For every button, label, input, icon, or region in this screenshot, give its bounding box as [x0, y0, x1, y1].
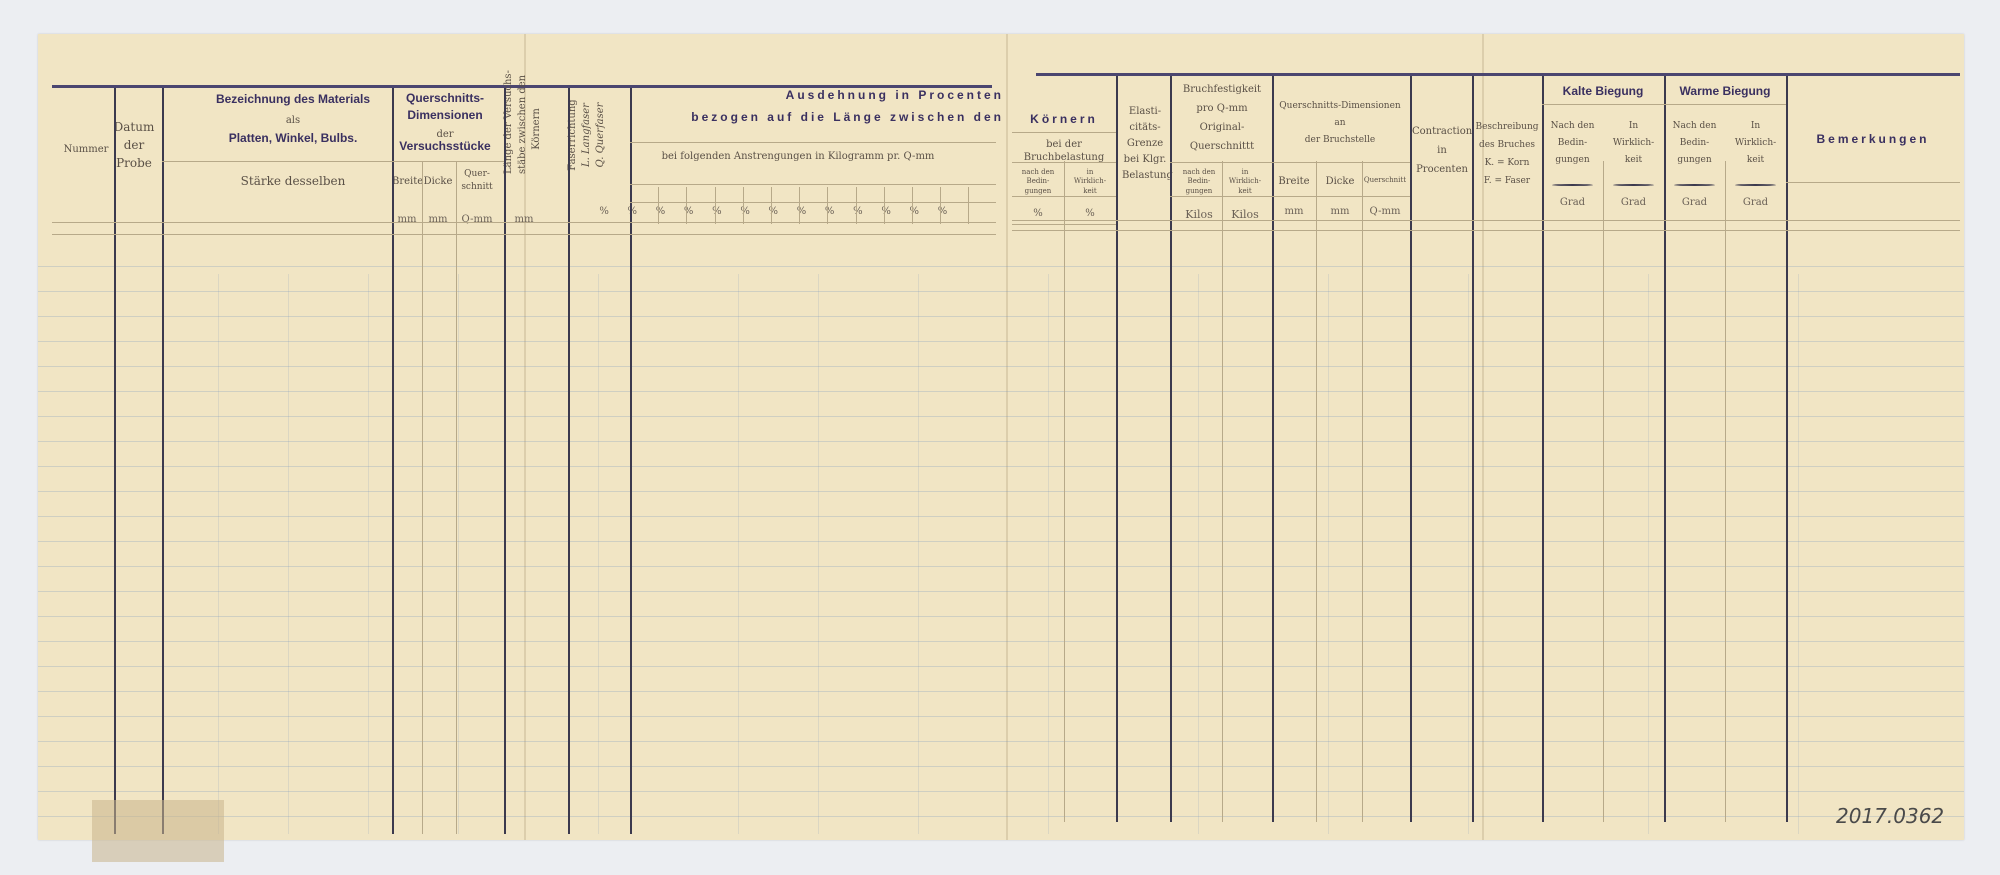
col-datum: DatumderProbe [112, 118, 156, 172]
ruled-line [1648, 274, 1649, 834]
col-qd-bruchstelle: Querschnitts-Dimensionenander Bruchstell… [1272, 98, 1408, 149]
row-rule [1012, 220, 1960, 221]
unit-percent: % [816, 206, 844, 217]
column-rule [827, 187, 828, 224]
row-rule [1272, 162, 1410, 163]
column-rule [743, 187, 744, 224]
row-rule [1542, 104, 1786, 105]
brace-swash-icon [1674, 184, 1715, 186]
brace-swash-icon [1613, 184, 1654, 186]
row-rule [630, 184, 996, 185]
ruled-line [38, 516, 1964, 517]
column-rule [799, 187, 800, 224]
row-rule [1012, 224, 1116, 225]
unit-percent: % [646, 206, 674, 217]
ruled-line [1198, 274, 1199, 834]
column-rule [1725, 161, 1726, 822]
column-rule [715, 187, 716, 224]
biegung-nach-den-bedingungen: Nach denBedin-gungen [1542, 118, 1603, 169]
ruled-line [38, 391, 1964, 392]
unit-dicke: mm [422, 214, 454, 225]
ruled-line [38, 491, 1964, 492]
ruled-line [818, 274, 819, 834]
column-rule [504, 88, 506, 834]
row-rule [162, 161, 392, 162]
unit-percent: % [618, 206, 646, 217]
column-rule [856, 187, 857, 224]
paper-stain [92, 800, 224, 862]
ruled-line [38, 541, 1964, 542]
biegung-in-wirklichkeit: InWirklich-keit [1725, 118, 1786, 169]
ruled-line [38, 291, 1964, 292]
column-rule [1603, 161, 1604, 822]
unit-percent: % [787, 206, 815, 217]
col-querschnitt: Quer-schnitt [456, 168, 498, 193]
row-rule [1272, 196, 1410, 197]
column-rule [968, 187, 969, 224]
koernern-in: inWirklich-keit [1064, 168, 1116, 196]
col-staerke: Stärke desselben [160, 172, 426, 190]
column-rule [1116, 76, 1118, 822]
center-fold [1006, 34, 1008, 840]
ruled-line [38, 666, 1964, 667]
ruled-line [368, 274, 369, 834]
row-rule [1012, 196, 1116, 197]
column-rule [1472, 76, 1474, 822]
column-rule [568, 88, 570, 834]
column-rule [162, 88, 164, 834]
column-rule [456, 161, 457, 834]
column-rule [912, 187, 913, 224]
unit-percent: % [759, 206, 787, 217]
anstrengungen-label: bei folgenden Anstrengungen in Kilogramm… [598, 149, 998, 164]
ruled-line [38, 616, 1964, 617]
unit-koernern-nach: % [1012, 208, 1064, 219]
ruled-line [38, 691, 1964, 692]
unit-qd-dicke: mm [1318, 206, 1362, 217]
column-rule [1362, 161, 1363, 822]
column-rule [114, 88, 116, 834]
ruled-line [38, 791, 1964, 792]
ausdehnung-title: Ausdehnung in Procenten [638, 88, 1004, 102]
ruled-line [38, 566, 1964, 567]
unit-percent: % [703, 206, 731, 217]
unit-percent: % [900, 206, 928, 217]
column-rule [1222, 161, 1223, 822]
brace-swash-icon [1552, 184, 1593, 186]
column-rule [1272, 76, 1274, 822]
column-rule [884, 187, 885, 224]
ruled-line [1328, 274, 1329, 834]
ruled-line [918, 274, 919, 834]
ruled-line [458, 274, 459, 834]
unit-percent: % [590, 206, 618, 217]
column-rule [630, 88, 632, 834]
unit-percent: % [675, 206, 703, 217]
ruled-line [38, 316, 1964, 317]
ruled-line [38, 816, 1964, 817]
unit-grad: Grad [1542, 197, 1603, 208]
column-rule [422, 161, 423, 834]
col-bruchfestigkeit: Bruchfestigkeitpro Q-mmOriginal-Querschn… [1176, 80, 1268, 156]
biegung-in-wirklichkeit: InWirklich-keit [1603, 118, 1664, 169]
form-sheet: Nummer DatumderProbe Bezeichnung des Mat… [38, 34, 1964, 840]
row-rule [1012, 230, 1960, 231]
koernern-title: Körnern [1012, 112, 1116, 126]
col-beschreibung: Beschreibungdes BruchesK. = KornF. = Fas… [1474, 118, 1540, 190]
row-rule [52, 222, 996, 223]
ruled-line [738, 274, 739, 834]
koernern-nach: nach denBedin-gungen [1012, 168, 1064, 196]
querschnitt-title: Querschnitts-Dimensionen [390, 90, 500, 125]
row-rule [630, 142, 996, 143]
col-faserrichtung: FaserrichtungL. LangfaserQ. Querfaser [566, 90, 620, 180]
ruled-line [1468, 274, 1469, 834]
unit-percent: % [731, 206, 759, 217]
unit-grad: Grad [1725, 197, 1786, 208]
top-rule-right [1036, 73, 1960, 76]
row-rule [52, 234, 996, 235]
accession-number: 2017.0362 [1836, 804, 1944, 828]
unit-breite: mm [392, 214, 422, 225]
ruled-line [38, 466, 1964, 467]
column-rule [686, 187, 687, 224]
qd-querschnitt: Querschnitt [1362, 175, 1408, 186]
unit-percent: % [844, 206, 872, 217]
ausdehnung-sub: bezogen auf die Länge zwischen den [594, 110, 1004, 124]
unit-percent: % [928, 206, 956, 217]
column-rule [771, 187, 772, 224]
unit-grad: Grad [1664, 197, 1725, 208]
ruled-line [1798, 274, 1799, 834]
ruled-line [38, 766, 1964, 767]
col-contraction: ContractioninProcenten [1412, 122, 1472, 179]
brace-swash-icon [1735, 184, 1776, 186]
row-rule [392, 161, 504, 162]
unit-koernern-in: % [1064, 208, 1116, 219]
unit-qd-breite: mm [1272, 206, 1316, 217]
column-rule [1316, 161, 1317, 822]
unit-grad: Grad [1603, 197, 1664, 208]
column-rule [392, 88, 394, 834]
unit-percent: % [872, 206, 900, 217]
row-rule [630, 202, 996, 203]
ruled-line [38, 741, 1964, 742]
bf-nach: nach denBedin-gungen [1176, 168, 1222, 196]
material-title: Bezeichnung des Materials [160, 92, 426, 106]
kalte-biegung-title: Kalte Biegung [1542, 84, 1664, 98]
ruled-line [38, 266, 1964, 267]
col-elastizitaet: Elasti-citäts-Grenzebei Klgr.Belastung [1122, 104, 1168, 184]
unit-laenge: mm [502, 214, 546, 225]
column-rule [1410, 76, 1412, 822]
col-laenge: Länge der Versuchs-stäbe zwischen denKör… [502, 84, 556, 174]
column-rule [940, 187, 941, 224]
ruled-line [38, 341, 1964, 342]
column-rule [1786, 76, 1788, 822]
unit-qd-querschnitt: Q-mm [1362, 206, 1408, 217]
ruled-line [288, 274, 289, 834]
ruled-line [38, 366, 1964, 367]
column-rule [1664, 76, 1666, 822]
ruled-line [38, 641, 1964, 642]
material-types: Platten, Winkel, Bulbs. [160, 131, 426, 145]
ruled-line [38, 416, 1964, 417]
querschnitt-sub: Versuchsstücke [390, 139, 500, 153]
row-rule [1012, 162, 1116, 163]
col-breite: Breite [392, 174, 422, 189]
column-rule [1542, 76, 1544, 822]
qd-dicke: Dicke [1318, 174, 1362, 189]
ruled-line [598, 274, 599, 834]
column-rule [658, 187, 659, 224]
col-dicke: Dicke [422, 174, 454, 189]
qd-breite: Breite [1272, 174, 1316, 189]
ruled-line [38, 591, 1964, 592]
bf-in: inWirklich-keit [1222, 168, 1268, 196]
row-rule [1012, 132, 1116, 133]
unit-querschnitt: Q-mm [456, 214, 498, 225]
column-rule [1170, 76, 1172, 822]
row-rule [1170, 196, 1272, 197]
ruled-line [38, 441, 1964, 442]
bemerkungen-title: Bemerkungen [1788, 132, 1958, 146]
biegung-nach-den-bedingungen: Nach denBedin-gungen [1664, 118, 1725, 169]
ruled-line [218, 274, 219, 834]
material-als: als [160, 113, 426, 128]
ruled-line [1048, 274, 1049, 834]
ruled-line [38, 716, 1964, 717]
row-rule [1170, 162, 1272, 163]
column-rule [1064, 161, 1065, 822]
row-rule [1786, 182, 1960, 183]
warme-biegung-title: Warme Biegung [1664, 84, 1786, 98]
